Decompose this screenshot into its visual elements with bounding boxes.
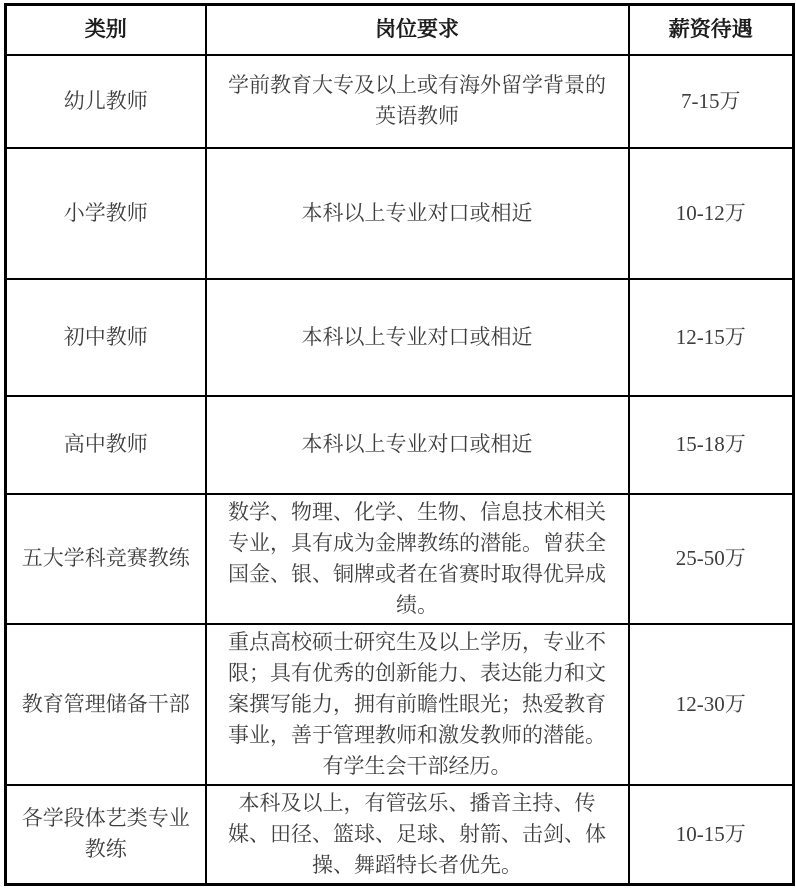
header-row: 类别 岗位要求 薪资待遇 — [6, 5, 794, 55]
cell-line: 教育管理储备干部 — [19, 689, 193, 720]
job-salary-table: 类别 岗位要求 薪资待遇 幼儿教师 学前教育大专及以上或有海外留学背景的 英语教… — [4, 3, 795, 886]
table-row: 教育管理储备干部 重点高校硕士研究生及以上学历，专业不 限；具有优秀的创新能力、… — [6, 624, 794, 785]
cell-line: 数学、物理、化学、生物、信息技术相关 — [219, 497, 616, 528]
cell-line: 重点高校硕士研究生及以上学历，专业不 — [219, 627, 616, 658]
salary-cell: 7-15万 — [629, 55, 794, 148]
cell-line: 五大学科竞赛教练 — [19, 543, 193, 574]
salary-cell: 15-18万 — [629, 396, 794, 494]
page-container: 类别 岗位要求 薪资待遇 幼儿教师 学前教育大专及以上或有海外留学背景的 英语教… — [0, 0, 796, 889]
table-row: 高中教师 本科以上专业对口或相近 15-18万 — [6, 396, 794, 494]
table-row: 幼儿教师 学前教育大专及以上或有海外留学背景的 英语教师 7-15万 — [6, 55, 794, 148]
cell-line: 小学教师 — [19, 198, 193, 229]
table-row: 初中教师 本科以上专业对口或相近 12-15万 — [6, 279, 794, 396]
cell-line: 本科及以上，有管弦乐、播音主持、传 — [219, 788, 616, 819]
cell-line: 高中教师 — [19, 429, 193, 460]
table-row: 小学教师 本科以上专业对口或相近 10-12万 — [6, 148, 794, 279]
cell-line: 国金、银、铜牌或者在省赛时取得优异成 — [219, 559, 616, 590]
requirements-cell: 本科以上专业对口或相近 — [206, 396, 629, 494]
requirements-cell: 本科以上专业对口或相近 — [206, 148, 629, 279]
cell-line: 初中教师 — [19, 322, 193, 353]
category-cell: 教育管理储备干部 — [6, 624, 206, 785]
cell-line: 案撰写能力，拥有前瞻性眼光；热爱教育 — [219, 689, 616, 720]
cell-line: 幼儿教师 — [19, 86, 193, 117]
table-row: 各学段体艺类专业 教练 本科及以上，有管弦乐、播音主持、传 媒、田径、篮球、足球… — [6, 785, 794, 885]
salary-cell: 12-15万 — [629, 279, 794, 396]
cell-line: 限；具有优秀的创新能力、表达能力和文 — [219, 658, 616, 689]
cell-line: 绩。 — [219, 590, 616, 621]
cell-line: 各学段体艺类专业 — [19, 803, 193, 834]
category-cell: 初中教师 — [6, 279, 206, 396]
salary-cell: 25-50万 — [629, 494, 794, 624]
requirements-cell: 学前教育大专及以上或有海外留学背景的 英语教师 — [206, 55, 629, 148]
cell-line: 媒、田径、篮球、足球、射箭、击剑、体 — [219, 819, 616, 850]
header-cell-category: 类别 — [6, 5, 206, 55]
cell-line: 英语教师 — [219, 101, 616, 132]
cell-line: 本科以上专业对口或相近 — [219, 198, 616, 229]
salary-cell: 10-12万 — [629, 148, 794, 279]
requirements-cell: 重点高校硕士研究生及以上学历，专业不 限；具有优秀的创新能力、表达能力和文 案撰… — [206, 624, 629, 785]
category-cell: 高中教师 — [6, 396, 206, 494]
requirements-cell: 本科以上专业对口或相近 — [206, 279, 629, 396]
requirements-cell: 本科及以上，有管弦乐、播音主持、传 媒、田径、篮球、足球、射箭、击剑、体 操、舞… — [206, 785, 629, 885]
cell-line: 操、舞蹈特长者优先。 — [219, 850, 616, 881]
cell-line: 学前教育大专及以上或有海外留学背景的 — [219, 70, 616, 101]
category-cell: 各学段体艺类专业 教练 — [6, 785, 206, 885]
header-cell-requirements: 岗位要求 — [206, 5, 629, 55]
cell-line: 本科以上专业对口或相近 — [219, 322, 616, 353]
cell-line: 有学生会干部经历。 — [219, 751, 616, 782]
requirements-cell: 数学、物理、化学、生物、信息技术相关 专业，具有成为金牌教练的潜能。曾获全 国金… — [206, 494, 629, 624]
category-cell: 幼儿教师 — [6, 55, 206, 148]
cell-line: 本科以上专业对口或相近 — [219, 429, 616, 460]
category-cell: 五大学科竞赛教练 — [6, 494, 206, 624]
cell-line: 事业，善于管理教师和激发教师的潜能。 — [219, 720, 616, 751]
cell-line: 专业，具有成为金牌教练的潜能。曾获全 — [219, 528, 616, 559]
header-cell-salary: 薪资待遇 — [629, 5, 794, 55]
table-row: 五大学科竞赛教练 数学、物理、化学、生物、信息技术相关 专业，具有成为金牌教练的… — [6, 494, 794, 624]
salary-cell: 12-30万 — [629, 624, 794, 785]
category-cell: 小学教师 — [6, 148, 206, 279]
cell-line: 教练 — [19, 834, 193, 865]
salary-cell: 10-15万 — [629, 785, 794, 885]
